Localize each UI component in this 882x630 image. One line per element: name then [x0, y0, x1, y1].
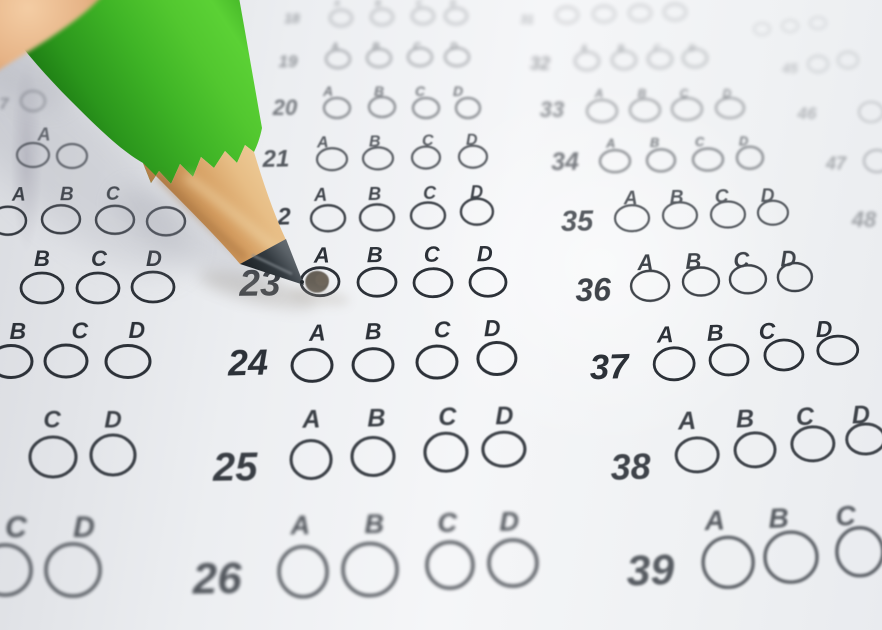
option-label-A: A [333, 0, 340, 8]
answer-row-33: 33ABCD [540, 86, 744, 122]
option-label-B: B [372, 42, 379, 53]
bubble-45-B[interactable] [838, 52, 858, 68]
bubble-31-A[interactable] [556, 7, 578, 23]
bubble-37-D[interactable] [817, 335, 858, 364]
question-number: 18 [284, 10, 300, 26]
answer-row-l11: BCD [0, 317, 150, 379]
question-number: 20 [272, 95, 298, 120]
bubble-39-C[interactable] [836, 527, 882, 577]
bubble-23-C[interactable] [414, 269, 452, 297]
bubble-33-D[interactable] [716, 98, 744, 118]
option-label-C: C [71, 317, 88, 343]
bubble-31-B[interactable] [593, 6, 615, 22]
bubble-34-B[interactable] [647, 149, 675, 171]
bubble-l10-D[interactable] [132, 272, 174, 302]
bubble-2-A[interactable] [311, 205, 345, 232]
option-label-D: D [483, 315, 500, 341]
option-label-D: D [128, 317, 145, 343]
bubble-37-B[interactable] [710, 344, 749, 375]
question-number: 25 [212, 445, 259, 490]
bubble-38-A[interactable] [676, 437, 719, 472]
bubble-45-A[interactable] [808, 56, 828, 72]
option-label-A: A [703, 505, 725, 537]
option-label-C: C [5, 511, 28, 544]
option-label-A: A [313, 185, 327, 205]
bubble-24-B[interactable] [353, 348, 394, 381]
answer-row-36: 36ABCD [574, 246, 812, 309]
bubble-20-D[interactable] [456, 98, 480, 118]
bubble-l9-A[interactable] [0, 207, 26, 235]
bubble-34-A[interactable] [600, 150, 630, 173]
question-number: 38 [610, 446, 651, 488]
bubble-23-B[interactable] [358, 268, 396, 296]
bubble-f44-B[interactable] [782, 20, 798, 32]
question-number: 45 [781, 60, 798, 76]
option-label-D: D [450, 42, 457, 53]
bubble-18-A[interactable] [330, 10, 352, 26]
bubble-24-C[interactable] [417, 346, 458, 379]
answer-row-f44 [754, 17, 826, 35]
option-label-B: B [735, 405, 754, 434]
bubble-26-B[interactable] [343, 543, 398, 596]
bubble-l11-C[interactable] [45, 345, 87, 377]
bubble-37-A[interactable] [654, 347, 695, 380]
bubble-46-A[interactable] [859, 102, 882, 122]
answer-row-32: 32ABCD [530, 43, 707, 73]
bubble-21-D[interactable] [459, 145, 487, 167]
bubble-2-B[interactable] [360, 204, 394, 231]
option-label-D: D [73, 511, 95, 544]
question-number: 33 [540, 97, 564, 122]
question-number: 46 [797, 104, 817, 123]
option-label-C: C [438, 403, 457, 431]
bubble-2-C[interactable] [411, 202, 445, 229]
bubble-26-A[interactable] [279, 546, 328, 597]
option-label-A: A [655, 321, 674, 348]
bubble-39-B[interactable] [764, 531, 818, 583]
bubble-32-B[interactable] [612, 51, 636, 69]
option-label-D: D [453, 83, 463, 99]
answer-row-35: 35ABCD [560, 185, 788, 238]
answer-row-l13: CD [0, 511, 100, 596]
bubble-18-B[interactable] [371, 9, 393, 25]
answer-row-2: 2ABCD [276, 182, 493, 232]
bubble-38-B[interactable] [734, 432, 775, 467]
question-number: 47 [825, 153, 847, 173]
bubble-36-A[interactable] [631, 270, 670, 301]
bubble-31-C[interactable] [629, 5, 651, 21]
bubble-25-D[interactable] [483, 432, 526, 467]
bubble-20-A[interactable] [324, 98, 350, 118]
bubble-18-C[interactable] [412, 8, 434, 24]
option-label-C: C [433, 316, 451, 342]
option-label-A: A [313, 243, 330, 268]
option-label-C: C [413, 42, 421, 53]
option-label-B: B [367, 242, 383, 267]
pencil-mark-smudge [315, 273, 328, 286]
option-label-B: B [368, 184, 381, 204]
question-number: 26 [191, 554, 242, 604]
option-label-B: B [375, 0, 381, 8]
question-number: 39 [626, 546, 676, 596]
bubble-f44-C[interactable] [810, 17, 826, 29]
bubble-20-B[interactable] [369, 97, 395, 117]
option-label-D: D [499, 507, 519, 537]
option-label-A: A [301, 405, 321, 433]
question-number: 37 [589, 347, 631, 387]
answer-row-38: 38ABCD [609, 400, 882, 488]
answer-row-47: 47 [825, 150, 882, 173]
option-label-B: B [768, 502, 789, 534]
bubble-l12-C[interactable] [30, 437, 76, 477]
bubble-25-A[interactable] [291, 440, 332, 479]
question-number: 19 [279, 52, 298, 71]
answer-row-21: 21ABCD [261, 131, 487, 173]
option-label-A: A [676, 407, 696, 436]
option-label-C: C [416, 0, 422, 8]
answer-row-48: 48 [851, 207, 877, 232]
question-number: 31 [520, 12, 534, 26]
option-label-C: C [415, 83, 426, 99]
question-number: 34 [551, 148, 579, 176]
option-label-A: A [289, 510, 310, 540]
bubble-21-A[interactable] [317, 148, 347, 171]
bubble-37-C[interactable] [764, 339, 803, 370]
question-number: 48 [851, 207, 877, 232]
option-label-D: D [450, 0, 456, 8]
answer-row-37: 37ABCD [588, 315, 859, 388]
option-label-C: C [43, 407, 61, 434]
bubble-39-A[interactable] [702, 536, 754, 588]
scene: 7AABCBCDBCDCDCD18ABCD19ABCD20ABCD21ABCD2… [0, 0, 882, 630]
pencil-tip-point [300, 280, 304, 284]
option-label-C: C [424, 242, 441, 267]
bubble-23-D[interactable] [470, 268, 506, 296]
bubble-2-D[interactable] [461, 198, 493, 225]
answer-row-46: 46 [797, 102, 882, 123]
option-label-B: B [34, 246, 50, 271]
answer-row-25: 25ABCD [211, 402, 526, 490]
bubble-32-A[interactable] [575, 52, 599, 70]
option-label-C: C [423, 183, 437, 203]
bubble-l11-D[interactable] [106, 345, 150, 377]
bubble-31-D[interactable] [664, 4, 686, 20]
option-label-B: B [364, 509, 384, 539]
bubble-20-C[interactable] [413, 98, 439, 118]
bubble-25-C[interactable] [425, 433, 468, 472]
question-number: 32 [530, 53, 550, 73]
bubble-l11-B[interactable] [0, 345, 32, 377]
option-label-C: C [437, 508, 458, 538]
option-label-B: B [706, 319, 724, 346]
bubble-l13-C[interactable] [0, 545, 31, 595]
bubble-33-B[interactable] [630, 99, 660, 121]
option-label-A: A [322, 83, 333, 99]
answer-row-19: 19ABCD [279, 42, 469, 72]
option-label-D: D [104, 407, 121, 434]
photo-answer-sheet: 7AABCBCDBCDCDCD18ABCD19ABCD20ABCD21ABCD2… [0, 0, 882, 630]
option-label-B: B [9, 318, 26, 344]
answer-row-20: 20ABCD [272, 83, 480, 120]
answer-row-34: 34ABCD [551, 133, 764, 176]
option-label-D: D [477, 241, 493, 266]
answer-row-31: 31 [520, 4, 686, 26]
bubble-38-C[interactable] [791, 426, 834, 461]
option-label-B: B [365, 318, 382, 344]
option-label-D: D [495, 402, 514, 430]
option-label-C: C [654, 43, 661, 53]
bubble-24-D[interactable] [478, 342, 517, 375]
option-label-C: C [695, 134, 705, 149]
question-number: 24 [226, 341, 268, 383]
answer-row-18: 18ABCD [284, 0, 467, 26]
bubble-21-C[interactable] [412, 146, 440, 168]
bubble-18-D[interactable] [445, 8, 467, 24]
answer-row-39: 39ABC [624, 499, 882, 595]
bubble-34-C[interactable] [693, 148, 723, 171]
option-label-B: B [650, 135, 660, 150]
option-label-B: B [367, 404, 386, 432]
answer-row-45: 45 [781, 52, 858, 76]
question-number: 36 [575, 271, 612, 308]
bubble-26-D[interactable] [489, 540, 538, 587]
option-label-A: A [605, 136, 616, 151]
bubble-24-A[interactable] [292, 349, 333, 382]
option-label-A: A [594, 86, 604, 100]
bubble-19-A[interactable] [326, 50, 350, 68]
option-label-A: A [308, 319, 326, 345]
option-label-C: C [758, 318, 776, 345]
bubble-25-B[interactable] [352, 437, 395, 476]
answer-row-26: 26ABCD [191, 506, 538, 603]
bubble-f44-A[interactable] [754, 23, 770, 35]
bubble-l12-D[interactable] [91, 435, 135, 475]
answer-row-24: 24ABCD [226, 314, 517, 384]
bubble-33-C[interactable] [672, 98, 702, 120]
question-number: 35 [561, 205, 595, 238]
bubble-34-D[interactable] [737, 147, 763, 169]
bubble-26-C[interactable] [427, 542, 474, 589]
answer-row-l12: CD [30, 407, 135, 477]
bubble-47-A[interactable] [864, 150, 882, 172]
bubble-l10-B[interactable] [21, 273, 63, 303]
bubble-21-B[interactable] [363, 147, 393, 170]
question-number: 21 [261, 146, 289, 173]
bubble-33-A[interactable] [587, 100, 617, 122]
bubble-l10-C[interactable] [77, 273, 119, 303]
bubble-l13-D[interactable] [46, 544, 100, 596]
